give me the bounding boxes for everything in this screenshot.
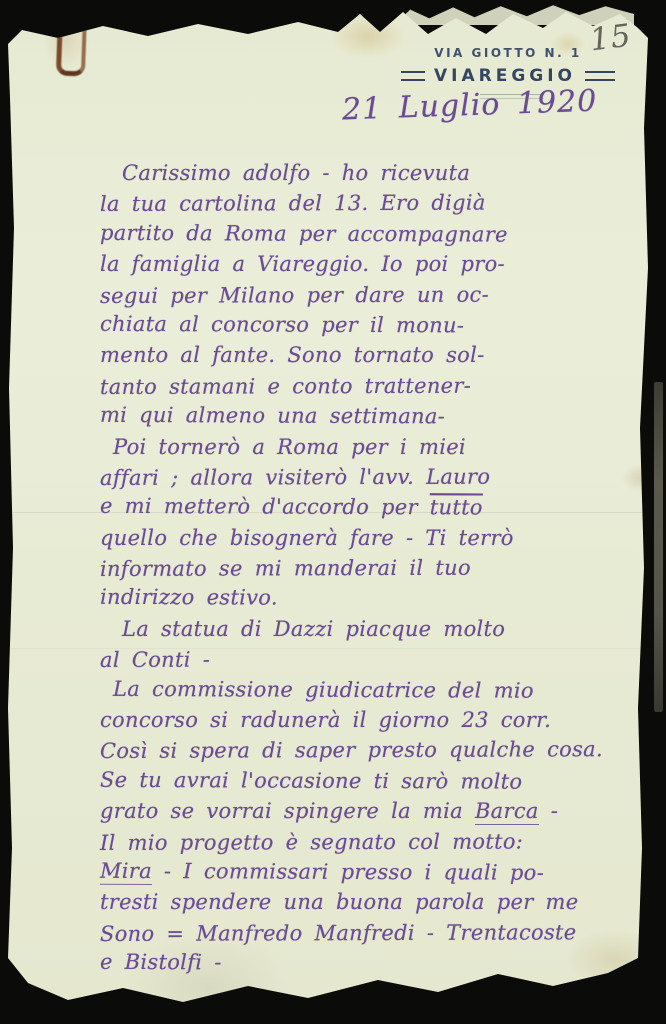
letter-line: mento al fante. Sono tornato sol- bbox=[100, 340, 648, 370]
letter-paper: 15 VIA GIOTTO N. 1 VIAREGGIO 21 Luglio 1… bbox=[8, 8, 648, 1006]
letter-line: La statua di Dazzi piacque molto bbox=[100, 614, 648, 644]
page-edge-behind bbox=[654, 382, 663, 712]
letter-line: al Conti - bbox=[100, 643, 648, 675]
letter-line: e mi metterò d'accordo per tutto bbox=[100, 491, 648, 524]
letter-line: Poi tornerò a Roma per i miei bbox=[100, 432, 648, 462]
letter-line-underlined-word: Mira bbox=[100, 859, 152, 885]
letter-line: Il mio progetto è segnato col motto: bbox=[100, 826, 648, 858]
letter-line: Carissimo adolfo - ho ricevuta bbox=[100, 158, 648, 188]
letterhead: VIA GIOTTO N. 1 VIAREGGIO bbox=[388, 46, 628, 86]
letter-line-segment: - I commissari presso i quali po- bbox=[152, 859, 544, 885]
letter-line-underlined-word: Barca bbox=[475, 799, 539, 825]
letter-line: chiata al concorso per il monu- bbox=[100, 309, 648, 342]
double-dash-left-icon bbox=[401, 71, 425, 81]
letter-line: e Bistolfi - bbox=[100, 947, 648, 980]
letter-line: Così si spera di saper presto qualche co… bbox=[100, 734, 648, 766]
letter-line: grato se vorrai spingere la mia Barca - bbox=[100, 796, 648, 826]
letter-line: Mira - I commissari presso i quali po- bbox=[100, 856, 648, 889]
letter-scan-background: 15 VIA GIOTTO N. 1 VIAREGGIO 21 Luglio 1… bbox=[0, 0, 666, 1024]
letter-line: Se tu avrai l'occasione ti sarò molto bbox=[100, 765, 648, 798]
letter-line: affari ; allora visiterò l'avv. Lauro bbox=[100, 461, 648, 493]
rust-paperclip-mark-icon bbox=[56, 11, 87, 77]
letter-line-overlined-word: tutto bbox=[430, 496, 483, 520]
double-dash-right-icon bbox=[585, 71, 615, 81]
letter-line: tanto stamani e conto trattener- bbox=[100, 370, 648, 402]
letter-line: mi qui almeno una settimana- bbox=[100, 400, 648, 433]
letter-line: Sono = Manfredo Manfredi - Trentacoste bbox=[100, 917, 648, 949]
letter-line: partito da Roma per accompagnare bbox=[100, 218, 648, 251]
letter-line-segment: - bbox=[539, 799, 558, 823]
letter-body: Carissimo adolfo - ho ricevuta la tua ca… bbox=[100, 158, 648, 979]
letterhead-city: VIAREGGIO bbox=[434, 66, 576, 86]
letter-line-segment: e mi metterò d'accordo per bbox=[100, 494, 430, 519]
letter-line: quello che bisognerà fare - Ti terrò bbox=[100, 523, 648, 553]
letter-line: la tua cartolina del 13. Ero digià bbox=[100, 187, 648, 219]
letter-line: segui per Milano per dare un oc- bbox=[100, 279, 648, 311]
date-line: 21 Luglio 1920 bbox=[341, 84, 597, 128]
letter-line: la famiglia a Viareggio. Io poi pro- bbox=[100, 249, 648, 279]
letter-line: La commissione giudicatrice del mio bbox=[100, 673, 648, 706]
letter-line: informato se mi manderai il tuo bbox=[100, 552, 648, 584]
letter-line-segment: grato se vorrai spingere la mia bbox=[100, 799, 475, 823]
letter-line: tresti spendere una buona parola per me bbox=[100, 887, 648, 917]
letter-line: concorso si radunerà il giorno 23 corr. bbox=[100, 705, 648, 735]
letter-line: indirizzo estivo. bbox=[100, 582, 648, 615]
letterhead-address: VIA GIOTTO N. 1 bbox=[388, 46, 628, 60]
